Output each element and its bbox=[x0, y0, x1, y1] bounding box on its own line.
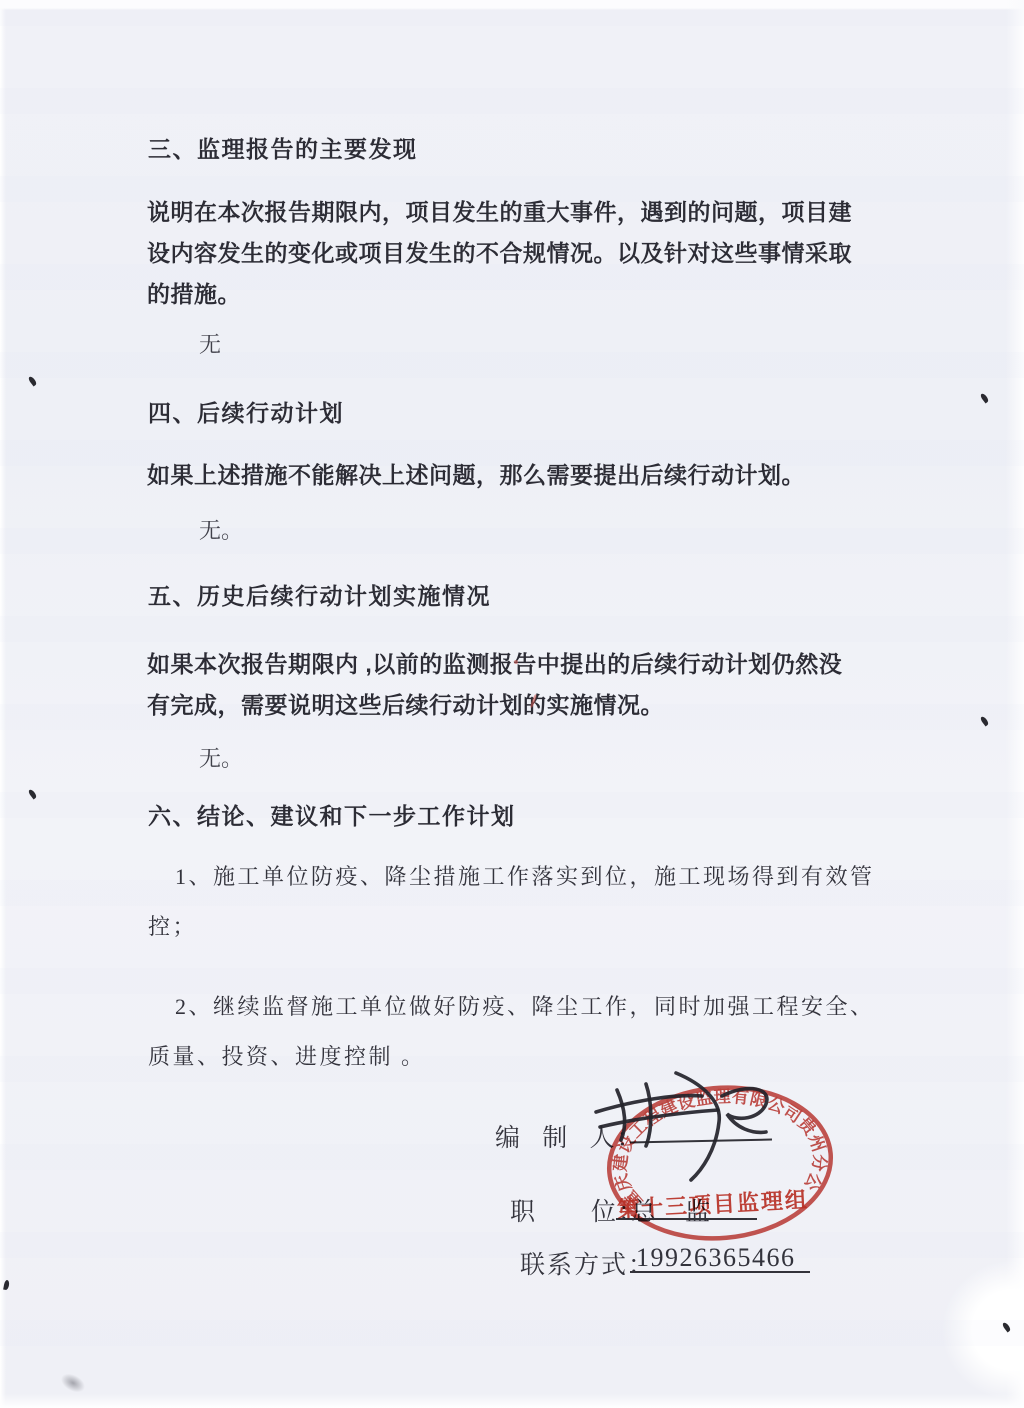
section-4-answer: 无。 bbox=[199, 514, 243, 545]
position-label: 职 位： bbox=[510, 1192, 645, 1228]
scan-speck bbox=[1001, 1322, 1011, 1333]
conclusion-item-line: 1、施工单位防疫、降尘措施工作落实到位，施工现场得到有效管 bbox=[175, 860, 875, 891]
position-underline bbox=[616, 1218, 757, 1220]
section-3-body-line: 说明在本次报告期限内，项目发生的重大事件，遇到的问题，项目建 bbox=[147, 194, 852, 227]
contact-underline bbox=[630, 1271, 810, 1273]
preparer-signature-underline bbox=[630, 1139, 772, 1144]
conclusion-item-line: 质量、投资、进度控制 。 bbox=[148, 1040, 426, 1071]
contact-value: 19926365466 bbox=[636, 1243, 796, 1273]
scan-speck bbox=[979, 716, 989, 727]
scan-speck bbox=[979, 393, 989, 404]
section-3-body-line: 的措施。 bbox=[147, 276, 241, 309]
section-5-answer: 无。 bbox=[199, 742, 243, 773]
scan-speck bbox=[27, 376, 37, 387]
section-5-body-line: 如果本次报告期限内 ,以前的监测报告中提出的后续行动计划仍然没 bbox=[147, 646, 842, 679]
section-5-body-line: 有完成，需要说明这些后续行动计划的实施情况。 bbox=[147, 687, 664, 720]
conclusion-item-line: 2、继续监督施工单位做好防疫、降尘工作，同时加强工程安全、 bbox=[175, 990, 875, 1021]
contact-label: 联系方式： bbox=[520, 1245, 655, 1281]
red-ink-speck bbox=[514, 660, 518, 664]
section-3-answer: 无 bbox=[199, 328, 221, 359]
section-4-heading: 四、后续行动计划 bbox=[148, 395, 344, 428]
section-5-heading: 五、历史后续行动计划实施情况 bbox=[148, 578, 491, 611]
section-4-body-line: 如果上述措施不能解决上述问题，那么需要提出后续行动计划。 bbox=[147, 457, 805, 490]
section-3-heading: 三、监理报告的主要发现 bbox=[148, 131, 418, 164]
section-3-body-line: 设内容发生的变化或项目发生的不合规情况。以及针对这些事情采取 bbox=[147, 235, 852, 268]
scan-speck bbox=[27, 789, 37, 800]
position-value: 总 监 bbox=[631, 1192, 712, 1228]
section-6-heading: 六、结论、建议和下一步工作计划 bbox=[148, 798, 516, 831]
stamp-ring-text: 重庆建设工程建设监理有限公司贵州分公司 bbox=[0, 0, 834, 1268]
conclusion-item-line: 控； bbox=[148, 910, 197, 941]
preparer-label: 编 制 人： bbox=[495, 1118, 644, 1154]
scan-smudge bbox=[58, 1370, 88, 1396]
scan-speck bbox=[3, 1280, 10, 1291]
document-page: 三、监理报告的主要发现 说明在本次报告期限内，项目发生的重大事件，遇到的问题，项… bbox=[0, 0, 1024, 1408]
